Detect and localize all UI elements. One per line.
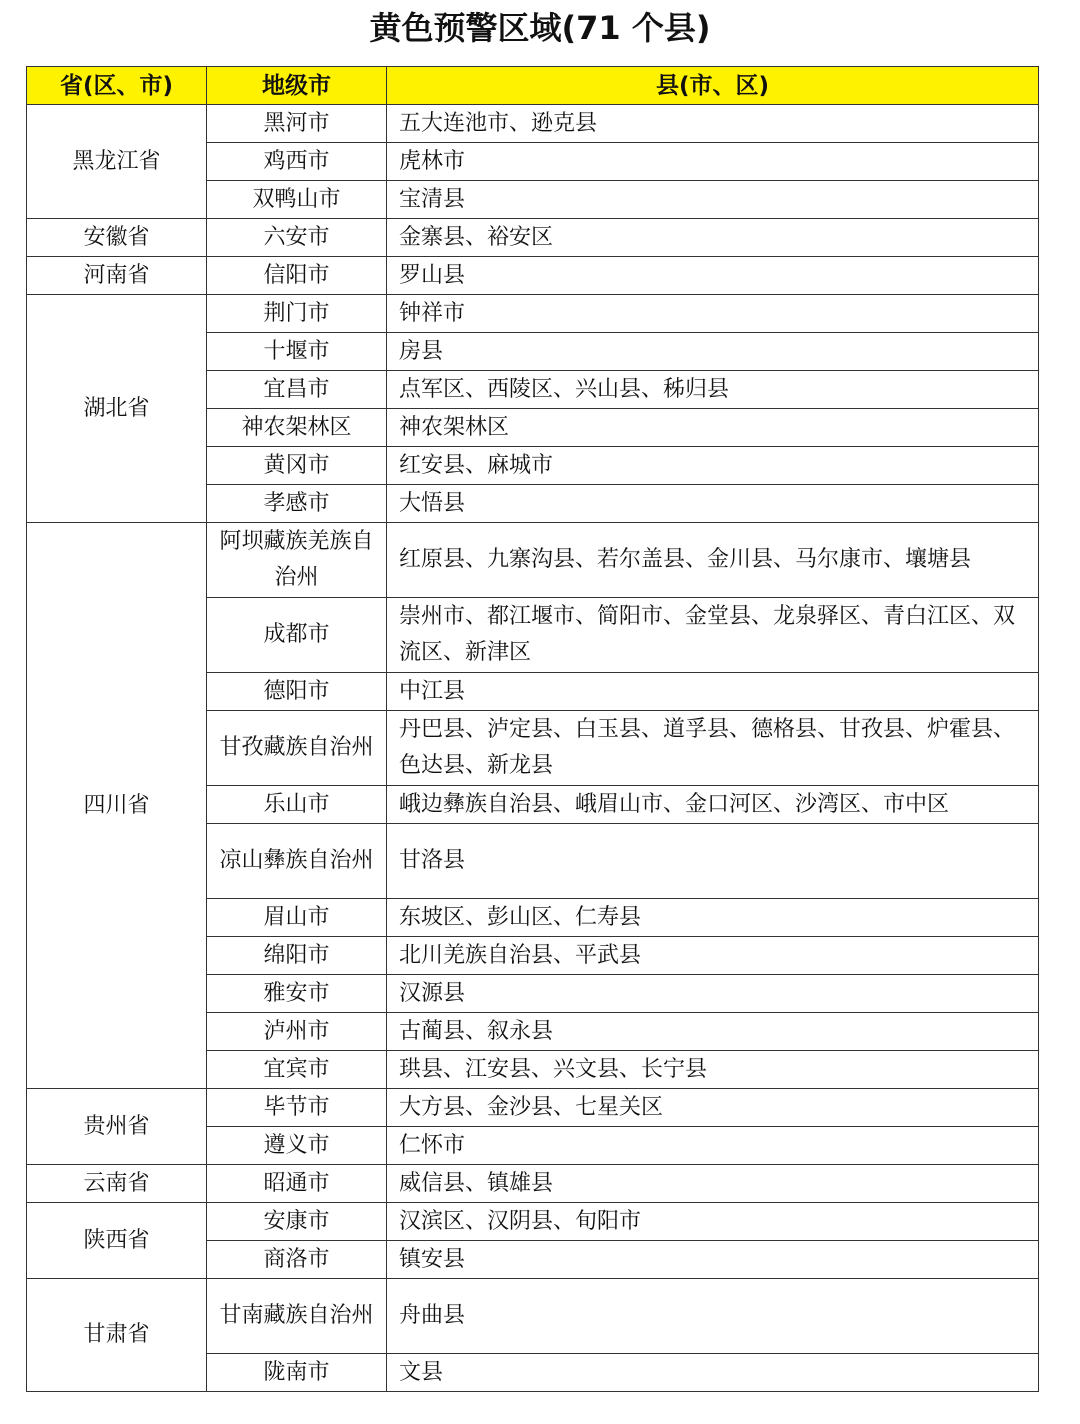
city-cell: 双鸭山市: [207, 181, 387, 219]
table-row: 河南省 信阳市 罗山县: [27, 257, 1039, 295]
county-cell: 宝清县: [387, 181, 1039, 219]
city-cell: 安康市: [207, 1203, 387, 1241]
header-city: 地级市: [207, 67, 387, 105]
province-cell: 云南省: [27, 1165, 207, 1203]
table-row: 四川省 阿坝藏族羌族自治州 红原县、九寨沟县、若尔盖县、金川县、马尔康市、壤塘县: [27, 523, 1039, 598]
city-cell: 荆门市: [207, 295, 387, 333]
county-cell: 点军区、西陵区、兴山县、秭归县: [387, 371, 1039, 409]
city-cell: 信阳市: [207, 257, 387, 295]
county-cell: 崇州市、都江堰市、简阳市、金堂县、龙泉驿区、青白江区、双流区、新津区: [387, 598, 1039, 673]
county-cell: 东坡区、彭山区、仁寿县: [387, 899, 1039, 937]
county-cell: 北川羌族自治县、平武县: [387, 937, 1039, 975]
city-cell: 昭通市: [207, 1165, 387, 1203]
province-cell: 河南省: [27, 257, 207, 295]
city-cell: 成都市: [207, 598, 387, 673]
city-cell: 阿坝藏族羌族自治州: [207, 523, 387, 598]
city-cell: 陇南市: [207, 1354, 387, 1392]
province-cell: 黑龙江省: [27, 105, 207, 219]
county-cell: 中江县: [387, 673, 1039, 711]
province-cell: 四川省: [27, 523, 207, 1089]
warning-table: 省(区、市) 地级市 县(市、区) 黑龙江省 黑河市 五大连池市、逊克县 鸡西市…: [26, 66, 1039, 1392]
province-cell: 甘肃省: [27, 1279, 207, 1392]
county-cell: 舟曲县: [387, 1279, 1039, 1354]
county-cell: 大方县、金沙县、七星关区: [387, 1089, 1039, 1127]
county-cell: 文县: [387, 1354, 1039, 1392]
county-cell: 镇安县: [387, 1241, 1039, 1279]
table-row: 黑龙江省 黑河市 五大连池市、逊克县: [27, 105, 1039, 143]
county-cell: 五大连池市、逊克县: [387, 105, 1039, 143]
county-cell: 虎林市: [387, 143, 1039, 181]
county-cell: 汉滨区、汉阴县、旬阳市: [387, 1203, 1039, 1241]
county-cell: 甘洛县: [387, 824, 1039, 899]
county-cell: 神农架林区: [387, 409, 1039, 447]
county-cell: 丹巴县、泸定县、白玉县、道孚县、德格县、甘孜县、炉霍县、色达县、新龙县: [387, 711, 1039, 786]
county-cell: 罗山县: [387, 257, 1039, 295]
table-row: 湖北省 荆门市 钟祥市: [27, 295, 1039, 333]
city-cell: 孝感市: [207, 485, 387, 523]
province-cell: 陕西省: [27, 1203, 207, 1279]
province-cell: 湖北省: [27, 295, 207, 523]
county-cell: 房县: [387, 333, 1039, 371]
city-cell: 黑河市: [207, 105, 387, 143]
county-cell: 古蔺县、叙永县: [387, 1013, 1039, 1051]
province-cell: 安徽省: [27, 219, 207, 257]
county-cell: 汉源县: [387, 975, 1039, 1013]
county-cell: 金寨县、裕安区: [387, 219, 1039, 257]
city-cell: 甘南藏族自治州: [207, 1279, 387, 1354]
county-cell: 红安县、麻城市: [387, 447, 1039, 485]
table-row: 安徽省 六安市 金寨县、裕安区: [27, 219, 1039, 257]
header-province: 省(区、市): [27, 67, 207, 105]
city-cell: 凉山彝族自治州: [207, 824, 387, 899]
city-cell: 泸州市: [207, 1013, 387, 1051]
table-row: 贵州省 毕节市 大方县、金沙县、七星关区: [27, 1089, 1039, 1127]
table-row: 云南省 昭通市 威信县、镇雄县: [27, 1165, 1039, 1203]
city-cell: 十堰市: [207, 333, 387, 371]
city-cell: 六安市: [207, 219, 387, 257]
city-cell: 宜宾市: [207, 1051, 387, 1089]
city-cell: 眉山市: [207, 899, 387, 937]
table-header-row: 省(区、市) 地级市 县(市、区): [27, 67, 1039, 105]
province-cell: 贵州省: [27, 1089, 207, 1165]
county-cell: 钟祥市: [387, 295, 1039, 333]
city-cell: 德阳市: [207, 673, 387, 711]
table-row: 陕西省 安康市 汉滨区、汉阴县、旬阳市: [27, 1203, 1039, 1241]
county-cell: 威信县、镇雄县: [387, 1165, 1039, 1203]
city-cell: 绵阳市: [207, 937, 387, 975]
city-cell: 遵义市: [207, 1127, 387, 1165]
city-cell: 神农架林区: [207, 409, 387, 447]
county-cell: 珙县、江安县、兴文县、长宁县: [387, 1051, 1039, 1089]
city-cell: 黄冈市: [207, 447, 387, 485]
city-cell: 乐山市: [207, 786, 387, 824]
city-cell: 雅安市: [207, 975, 387, 1013]
city-cell: 毕节市: [207, 1089, 387, 1127]
header-county: 县(市、区): [387, 67, 1039, 105]
page-title: 黄色预警区域(71 个县): [0, 6, 1080, 50]
county-cell: 大悟县: [387, 485, 1039, 523]
city-cell: 鸡西市: [207, 143, 387, 181]
city-cell: 甘孜藏族自治州: [207, 711, 387, 786]
county-cell: 峨边彝族自治县、峨眉山市、金口河区、沙湾区、市中区: [387, 786, 1039, 824]
city-cell: 商洛市: [207, 1241, 387, 1279]
county-cell: 仁怀市: [387, 1127, 1039, 1165]
county-cell: 红原县、九寨沟县、若尔盖县、金川县、马尔康市、壤塘县: [387, 523, 1039, 598]
table-row: 甘肃省 甘南藏族自治州 舟曲县: [27, 1279, 1039, 1354]
city-cell: 宜昌市: [207, 371, 387, 409]
